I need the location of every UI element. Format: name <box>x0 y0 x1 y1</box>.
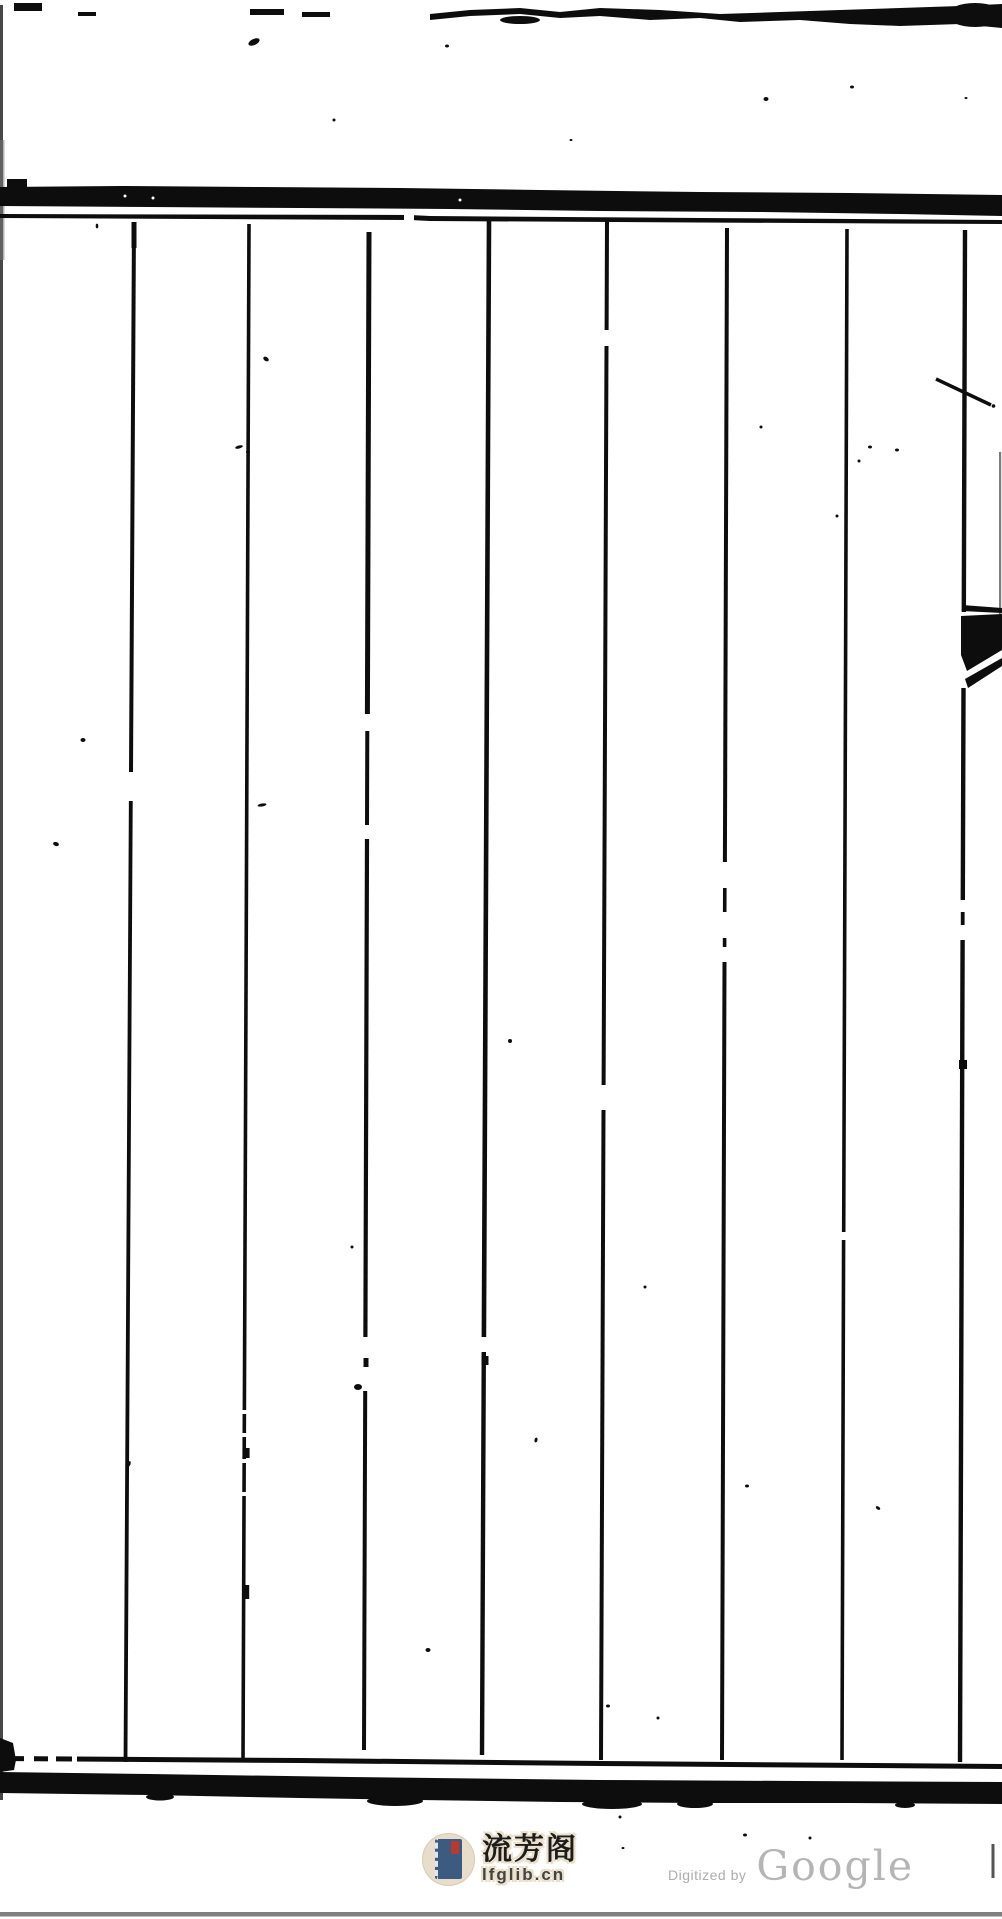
column-rule-1 <box>126 222 137 1762</box>
scanned-page: 流芳阁 lfglib.cn Digitized by Google <box>0 0 1002 1919</box>
bottom-border-bar <box>0 1772 1002 1809</box>
ink-specks <box>52 37 967 1849</box>
column-rule-2 <box>240 224 250 1762</box>
bottom-page-edge <box>0 1912 1002 1917</box>
lfglib-watermark: 流芳阁 lfglib.cn <box>422 1833 578 1886</box>
column-rule-4 <box>482 221 490 1755</box>
lfglib-logo-circle <box>422 1833 475 1886</box>
column-rule-8 <box>959 230 967 1762</box>
watermark-title: 流芳阁 <box>482 1833 578 1866</box>
right-edge-ink-blot <box>961 605 1002 688</box>
lfglib-watermark-text: 流芳阁 lfglib.cn <box>482 1833 578 1884</box>
bottom-left-ink-blot <box>0 1738 16 1772</box>
column-rule-5 <box>601 221 607 1760</box>
column-rules <box>126 221 968 1762</box>
top-rule-line <box>0 212 1002 224</box>
watermark-domain: lfglib.cn <box>482 1866 578 1884</box>
book-red-tag <box>451 1841 459 1854</box>
stitched-book-icon <box>435 1839 462 1879</box>
bottom-rule-line <box>0 1754 1002 1769</box>
digitized-by-label: Digitized by <box>668 1867 746 1883</box>
column-rule-6 <box>722 228 727 1760</box>
digitized-by-credit: Digitized by Google <box>668 1843 914 1889</box>
top-edge-artifacts <box>14 3 1002 28</box>
column-rule-7 <box>842 229 847 1760</box>
column-rule-3 <box>364 232 370 1750</box>
left-page-edge <box>0 5 16 1800</box>
scan-ink-artwork <box>0 0 1002 1919</box>
google-watermark-logo: Google <box>756 1843 914 1889</box>
top-border-bar <box>0 179 1002 216</box>
